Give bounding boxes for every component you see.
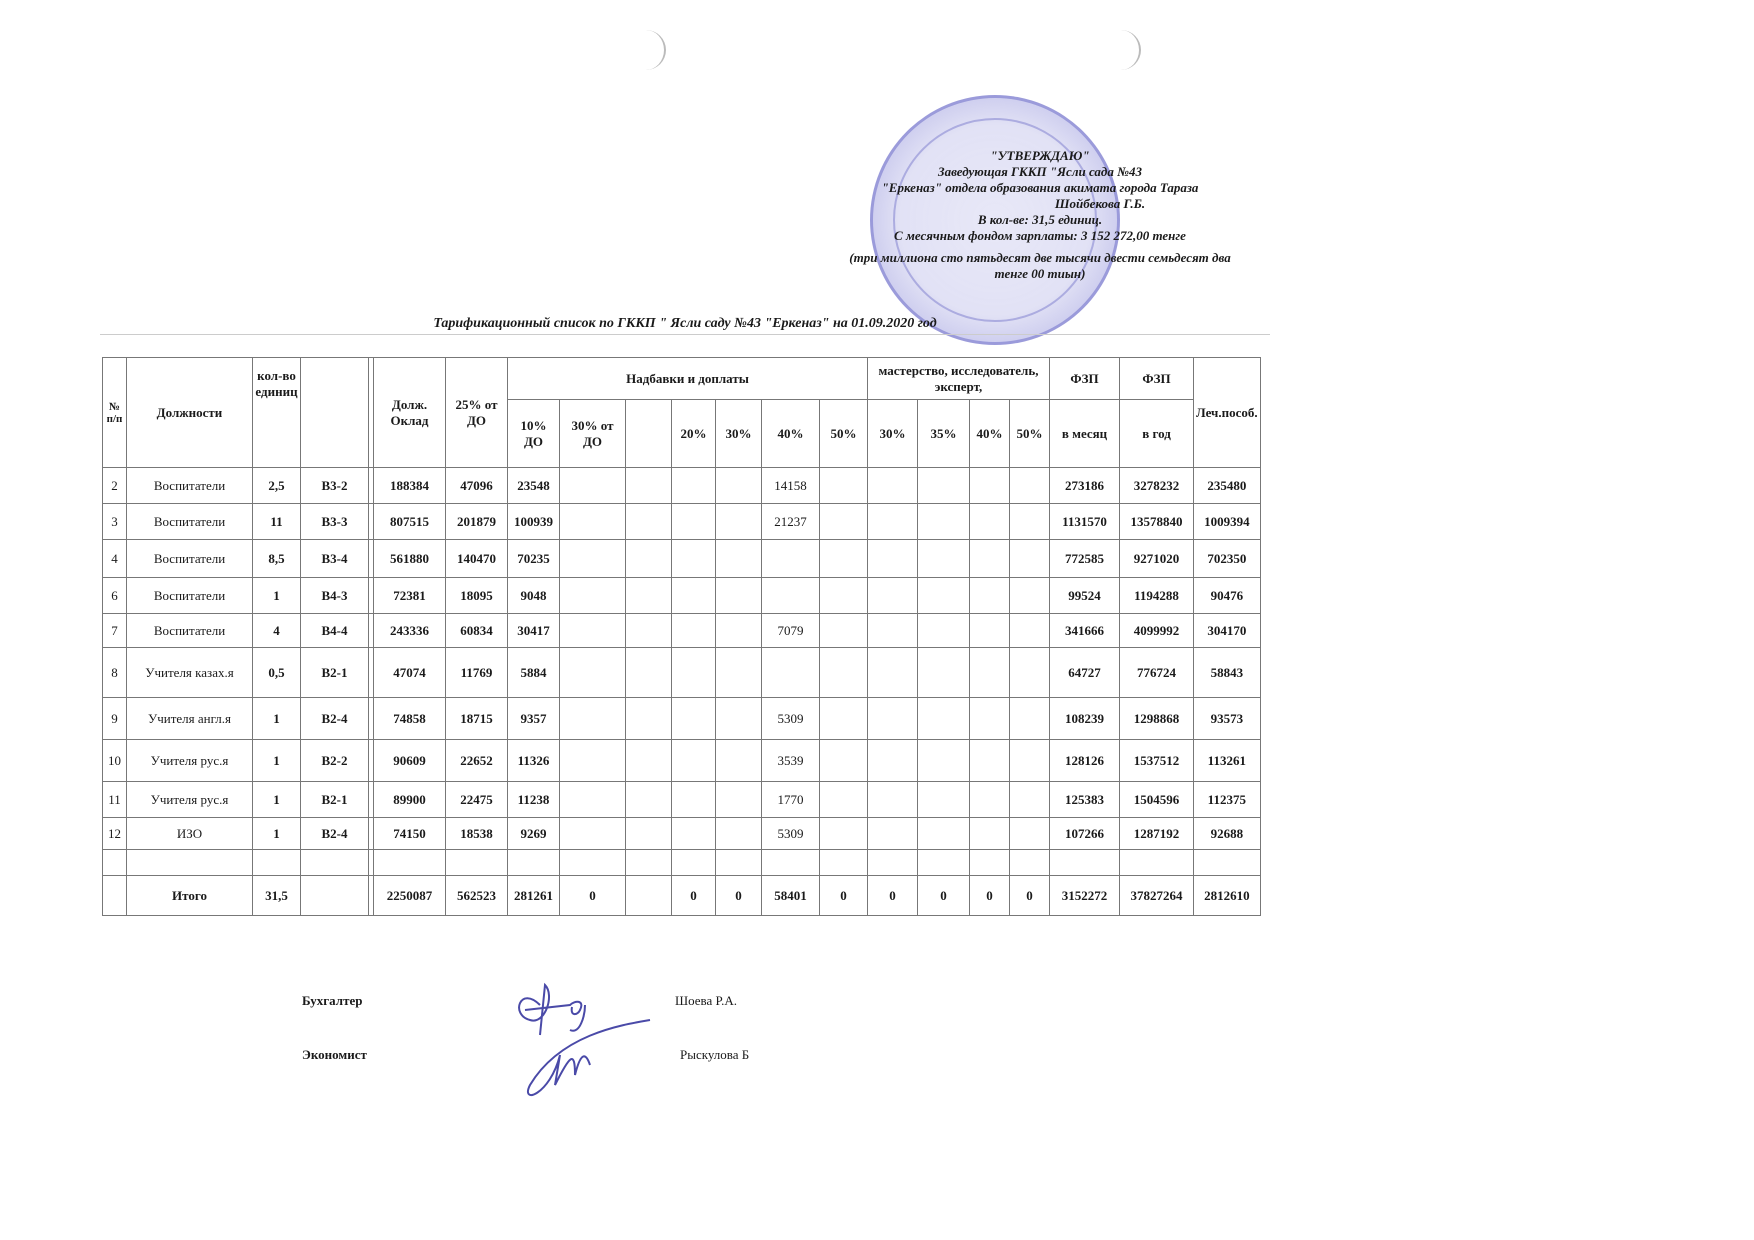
total-fzp-year: 37827264 [1120, 876, 1194, 916]
row-m50 [1010, 740, 1050, 782]
row-pct30do [560, 818, 626, 850]
row-fzp-year: 1194288 [1120, 578, 1194, 614]
document-title: Тарификационный список по ГККП " Ясли са… [100, 316, 1270, 335]
row-salary: 74858 [374, 698, 446, 740]
row-pct10: 9357 [508, 698, 560, 740]
row-units: 1 [253, 578, 301, 614]
approval-line: Заведующая ГККП "Ясли сада №43 [800, 164, 1280, 180]
row-m35 [918, 578, 970, 614]
row-pct40 [762, 578, 820, 614]
signature-name: Шоева Р.А. [675, 993, 737, 1008]
header-medical: Леч.пособ. [1194, 358, 1261, 468]
header-m30: 30% [868, 400, 918, 468]
row-pct30do [560, 578, 626, 614]
row-num: 8 [103, 648, 127, 698]
row-num: 6 [103, 578, 127, 614]
header-num: № п/п [103, 358, 127, 468]
row-position: ИЗО [127, 818, 253, 850]
row-pct30do [560, 698, 626, 740]
row-pct40: 1770 [762, 782, 820, 818]
total-medical: 2812610 [1194, 876, 1261, 916]
row-m35 [918, 504, 970, 540]
row-pct50 [820, 468, 868, 504]
row-pct25: 22652 [446, 740, 508, 782]
row-m50 [1010, 648, 1050, 698]
row-category: В3-2 [301, 468, 369, 504]
row-m30 [868, 648, 918, 698]
row-pct50 [820, 782, 868, 818]
row-m40 [970, 504, 1010, 540]
total-m50: 0 [1010, 876, 1050, 916]
row-pct25: 60834 [446, 614, 508, 648]
row-blank2 [626, 818, 672, 850]
table-row: 8Учителя казах.я0,5В2-147074117695884647… [103, 648, 1261, 698]
row-m35 [918, 740, 970, 782]
row-pct50 [820, 578, 868, 614]
header-m50: 50% [1010, 400, 1050, 468]
row-m40 [970, 818, 1010, 850]
row-m30 [868, 698, 918, 740]
row-pct40 [762, 648, 820, 698]
row-pct50 [820, 740, 868, 782]
row-medical: 304170 [1194, 614, 1261, 648]
row-blank2 [626, 468, 672, 504]
row-blank2 [626, 540, 672, 578]
row-position: Учителя англ.я [127, 698, 253, 740]
total-m30: 0 [868, 876, 918, 916]
row-units: 11 [253, 504, 301, 540]
row-pct30do [560, 782, 626, 818]
total-row: Итого 31,5 2250087 562523 281261 0 0 0 5… [103, 876, 1261, 916]
row-pct30 [716, 740, 762, 782]
row-category: В2-1 [301, 782, 369, 818]
row-pct20 [672, 468, 716, 504]
row-m40 [970, 698, 1010, 740]
row-medical: 93573 [1194, 698, 1261, 740]
table-row: 12ИЗО1В2-4741501853892695309107266128719… [103, 818, 1261, 850]
row-pct30do [560, 468, 626, 504]
total-pct10: 281261 [508, 876, 560, 916]
table-row: 9Учителя англ.я1В2-474858187159357530910… [103, 698, 1261, 740]
header-allowances: Надбавки и доплаты [508, 358, 868, 400]
row-pct30do [560, 614, 626, 648]
tariff-table: № п/п Должности кол-во единиц Долж. Окла… [102, 357, 1261, 916]
total-pct25: 562523 [446, 876, 508, 916]
row-m40 [970, 614, 1010, 648]
table-row: 2Воспитатели2,5В3-2188384470962354814158… [103, 468, 1261, 504]
row-pct30 [716, 782, 762, 818]
row-pct25: 18538 [446, 818, 508, 850]
row-m30 [868, 504, 918, 540]
total-m35: 0 [918, 876, 970, 916]
approval-heading: "УТВЕРЖДАЮ" [800, 148, 1280, 164]
row-pct30 [716, 468, 762, 504]
row-units: 1 [253, 740, 301, 782]
row-category: В2-4 [301, 818, 369, 850]
row-pct20 [672, 740, 716, 782]
row-num: 12 [103, 818, 127, 850]
row-pct20 [672, 818, 716, 850]
signature-name-accountant: Шоева Р.А. [675, 993, 737, 1009]
approval-line: "Еркеназ" отдела образования акимата гор… [800, 180, 1280, 196]
row-num: 7 [103, 614, 127, 648]
row-salary: 561880 [374, 540, 446, 578]
row-pct25: 201879 [446, 504, 508, 540]
row-pct10: 9269 [508, 818, 560, 850]
row-m40 [970, 468, 1010, 504]
row-pct40: 21237 [762, 504, 820, 540]
row-pct10: 9048 [508, 578, 560, 614]
total-category [301, 876, 369, 916]
row-units: 8,5 [253, 540, 301, 578]
total-pct30do: 0 [560, 876, 626, 916]
row-m35 [918, 614, 970, 648]
row-m40 [970, 540, 1010, 578]
row-units: 4 [253, 614, 301, 648]
row-pct30 [716, 614, 762, 648]
row-m30 [868, 782, 918, 818]
header-units: кол-во единиц [253, 358, 301, 468]
row-category: В2-4 [301, 698, 369, 740]
row-blank2 [626, 698, 672, 740]
header-blank2 [626, 400, 672, 468]
row-position: Учителя казах.я [127, 648, 253, 698]
row-pct40: 5309 [762, 698, 820, 740]
row-pct30do [560, 504, 626, 540]
row-m35 [918, 818, 970, 850]
row-fzp-year: 1504596 [1120, 782, 1194, 818]
punch-hole-mark [1115, 30, 1141, 70]
total-units: 31,5 [253, 876, 301, 916]
row-fzp-month: 772585 [1050, 540, 1120, 578]
row-position: Воспитатели [127, 540, 253, 578]
table-row: 7Воспитатели4В4-424333660834304177079341… [103, 614, 1261, 648]
table-row: 6Воспитатели1В4-372381180959048995241194… [103, 578, 1261, 614]
row-pct30 [716, 578, 762, 614]
row-fzp-year: 1537512 [1120, 740, 1194, 782]
row-fzp-year: 3278232 [1120, 468, 1194, 504]
row-pct20 [672, 578, 716, 614]
row-salary: 72381 [374, 578, 446, 614]
row-blank2 [626, 740, 672, 782]
row-pct40 [762, 540, 820, 578]
row-blank2 [626, 648, 672, 698]
row-m35 [918, 468, 970, 504]
row-m30 [868, 540, 918, 578]
header-pct50: 50% [820, 400, 868, 468]
row-m30 [868, 614, 918, 648]
header-mastery: мастерство, исследователь, эксперт, [868, 358, 1050, 400]
punch-hole-mark [640, 30, 666, 70]
total-pct40: 58401 [762, 876, 820, 916]
row-num: 2 [103, 468, 127, 504]
row-pct50 [820, 614, 868, 648]
header-pct30do: 30% от ДО [560, 400, 626, 468]
approval-line: В кол-ве: 31,5 единиц. [800, 212, 1280, 228]
row-fzp-year: 776724 [1120, 648, 1194, 698]
header-pct30: 30% [716, 400, 762, 468]
total-num [103, 876, 127, 916]
signature-role: Экономист [302, 1047, 367, 1062]
row-pct30 [716, 698, 762, 740]
row-position: Учителя рус.я [127, 782, 253, 818]
row-units: 1 [253, 698, 301, 740]
total-salary: 2250087 [374, 876, 446, 916]
row-salary: 47074 [374, 648, 446, 698]
row-pct20 [672, 782, 716, 818]
signature-economist: Экономист [302, 1047, 367, 1063]
row-salary: 807515 [374, 504, 446, 540]
approval-block: "УТВЕРЖДАЮ" Заведующая ГККП "Ясли сада №… [800, 148, 1280, 282]
row-blank2 [626, 504, 672, 540]
row-fzp-month: 108239 [1050, 698, 1120, 740]
row-category: В4-3 [301, 578, 369, 614]
header-pct10: 10% ДО [508, 400, 560, 468]
row-pct25: 18095 [446, 578, 508, 614]
row-pct25: 11769 [446, 648, 508, 698]
row-salary: 89900 [374, 782, 446, 818]
row-pct10: 23548 [508, 468, 560, 504]
row-fzp-month: 99524 [1050, 578, 1120, 614]
row-salary: 188384 [374, 468, 446, 504]
signature-name-economist: Рыскулова Б [680, 1047, 749, 1063]
row-m50 [1010, 614, 1050, 648]
header-m40: 40% [970, 400, 1010, 468]
row-pct20 [672, 698, 716, 740]
row-m50 [1010, 468, 1050, 504]
row-fzp-month: 64727 [1050, 648, 1120, 698]
row-category: В2-2 [301, 740, 369, 782]
row-m50 [1010, 578, 1050, 614]
row-fzp-month: 1131570 [1050, 504, 1120, 540]
total-m40: 0 [970, 876, 1010, 916]
row-units: 1 [253, 782, 301, 818]
row-fzp-month: 107266 [1050, 818, 1120, 850]
row-pct25: 22475 [446, 782, 508, 818]
row-medical: 235480 [1194, 468, 1261, 504]
row-position: Воспитатели [127, 504, 253, 540]
row-pct20 [672, 540, 716, 578]
row-pct25: 47096 [446, 468, 508, 504]
row-fzp-year: 1298868 [1120, 698, 1194, 740]
row-position: Воспитатели [127, 614, 253, 648]
row-fzp-year: 13578840 [1120, 504, 1194, 540]
row-units: 1 [253, 818, 301, 850]
row-pct50 [820, 698, 868, 740]
header-fzp-month-top: ФЗП [1050, 358, 1120, 400]
row-pct30 [716, 504, 762, 540]
row-m35 [918, 782, 970, 818]
row-pct10: 70235 [508, 540, 560, 578]
header-pct20: 20% [672, 400, 716, 468]
row-num: 9 [103, 698, 127, 740]
row-m30 [868, 818, 918, 850]
approval-line: тенге 00 тиын) [800, 266, 1280, 282]
row-fzp-year: 9271020 [1120, 540, 1194, 578]
row-m50 [1010, 540, 1050, 578]
row-category: В3-3 [301, 504, 369, 540]
row-blank2 [626, 614, 672, 648]
total-blank2 [626, 876, 672, 916]
row-medical: 58843 [1194, 648, 1261, 698]
row-pct20 [672, 648, 716, 698]
row-m40 [970, 782, 1010, 818]
row-position: Учителя рус.я [127, 740, 253, 782]
approval-line: Шойбекова Г.Б. [800, 196, 1280, 212]
row-pct10: 30417 [508, 614, 560, 648]
row-category: В3-4 [301, 540, 369, 578]
row-num: 11 [103, 782, 127, 818]
row-pct30 [716, 540, 762, 578]
total-pct20: 0 [672, 876, 716, 916]
table-row: 10Учителя рус.я1В2-290609226521132635391… [103, 740, 1261, 782]
spacer-row [103, 850, 1261, 876]
row-fzp-month: 341666 [1050, 614, 1120, 648]
row-pct30 [716, 818, 762, 850]
row-pct30do [560, 648, 626, 698]
row-pct50 [820, 540, 868, 578]
row-salary: 90609 [374, 740, 446, 782]
row-medical: 92688 [1194, 818, 1261, 850]
row-pct40: 5309 [762, 818, 820, 850]
row-m40 [970, 578, 1010, 614]
row-medical: 702350 [1194, 540, 1261, 578]
row-pct40: 7079 [762, 614, 820, 648]
row-num: 3 [103, 504, 127, 540]
row-m30 [868, 740, 918, 782]
row-medical: 90476 [1194, 578, 1261, 614]
row-salary: 243336 [374, 614, 446, 648]
row-m40 [970, 740, 1010, 782]
signature-role: Бухгалтер [302, 993, 362, 1008]
row-pct50 [820, 504, 868, 540]
row-pct20 [672, 504, 716, 540]
row-m35 [918, 648, 970, 698]
row-salary: 74150 [374, 818, 446, 850]
row-num: 4 [103, 540, 127, 578]
row-pct10: 11238 [508, 782, 560, 818]
signature-name: Рыскулова Б [680, 1047, 749, 1062]
row-pct10: 11326 [508, 740, 560, 782]
row-position: Воспитатели [127, 468, 253, 504]
row-pct40: 14158 [762, 468, 820, 504]
row-m30 [868, 468, 918, 504]
row-pct50 [820, 648, 868, 698]
row-num: 10 [103, 740, 127, 782]
row-units: 2,5 [253, 468, 301, 504]
row-m50 [1010, 782, 1050, 818]
row-pct25: 18715 [446, 698, 508, 740]
row-fzp-month: 128126 [1050, 740, 1120, 782]
approval-line: С месячным фондом зарплаты: 3 152 272,00… [800, 228, 1280, 244]
header-pct40: 40% [762, 400, 820, 468]
row-m50 [1010, 504, 1050, 540]
header-position: Должности [127, 358, 253, 468]
total-pct30: 0 [716, 876, 762, 916]
header-salary: Долж. Оклад [374, 358, 446, 468]
row-fzp-year: 4099992 [1120, 614, 1194, 648]
header-category [301, 358, 369, 468]
row-pct30do [560, 540, 626, 578]
row-m50 [1010, 818, 1050, 850]
row-units: 0,5 [253, 648, 301, 698]
row-pct25: 140470 [446, 540, 508, 578]
row-m35 [918, 698, 970, 740]
header-fzp-month: в месяц [1050, 400, 1120, 468]
header-pct25: 25% от ДО [446, 358, 508, 468]
signature-accountant: Бухгалтер [302, 993, 362, 1009]
row-medical: 1009394 [1194, 504, 1261, 540]
row-medical: 113261 [1194, 740, 1261, 782]
row-pct20 [672, 614, 716, 648]
row-position: Воспитатели [127, 578, 253, 614]
row-m35 [918, 540, 970, 578]
row-medical: 112375 [1194, 782, 1261, 818]
header-fzp-year-top: ФЗП [1120, 358, 1194, 400]
row-pct10: 5884 [508, 648, 560, 698]
row-category: В4-4 [301, 614, 369, 648]
table-row: 11Учителя рус.я1В2-189900224751123817701… [103, 782, 1261, 818]
row-pct30 [716, 648, 762, 698]
total-label: Итого [127, 876, 253, 916]
row-blank2 [626, 782, 672, 818]
row-pct40: 3539 [762, 740, 820, 782]
row-m50 [1010, 698, 1050, 740]
row-pct50 [820, 818, 868, 850]
row-pct30do [560, 740, 626, 782]
row-pct10: 100939 [508, 504, 560, 540]
table-row: 3Воспитатели11В3-38075152018791009392123… [103, 504, 1261, 540]
row-fzp-month: 125383 [1050, 782, 1120, 818]
row-fzp-year: 1287192 [1120, 818, 1194, 850]
row-m40 [970, 648, 1010, 698]
row-category: В2-1 [301, 648, 369, 698]
total-pct50: 0 [820, 876, 868, 916]
row-blank2 [626, 578, 672, 614]
handwritten-signatures-icon [500, 975, 660, 1105]
approval-line: (три миллиона сто пятьдесят две тысячи д… [800, 250, 1280, 266]
total-fzp-month: 3152272 [1050, 876, 1120, 916]
row-m30 [868, 578, 918, 614]
row-fzp-month: 273186 [1050, 468, 1120, 504]
table-row: 4Воспитатели8,5В3-4561880140470702357725… [103, 540, 1261, 578]
header-fzp-year: в год [1120, 400, 1194, 468]
header-m35: 35% [918, 400, 970, 468]
